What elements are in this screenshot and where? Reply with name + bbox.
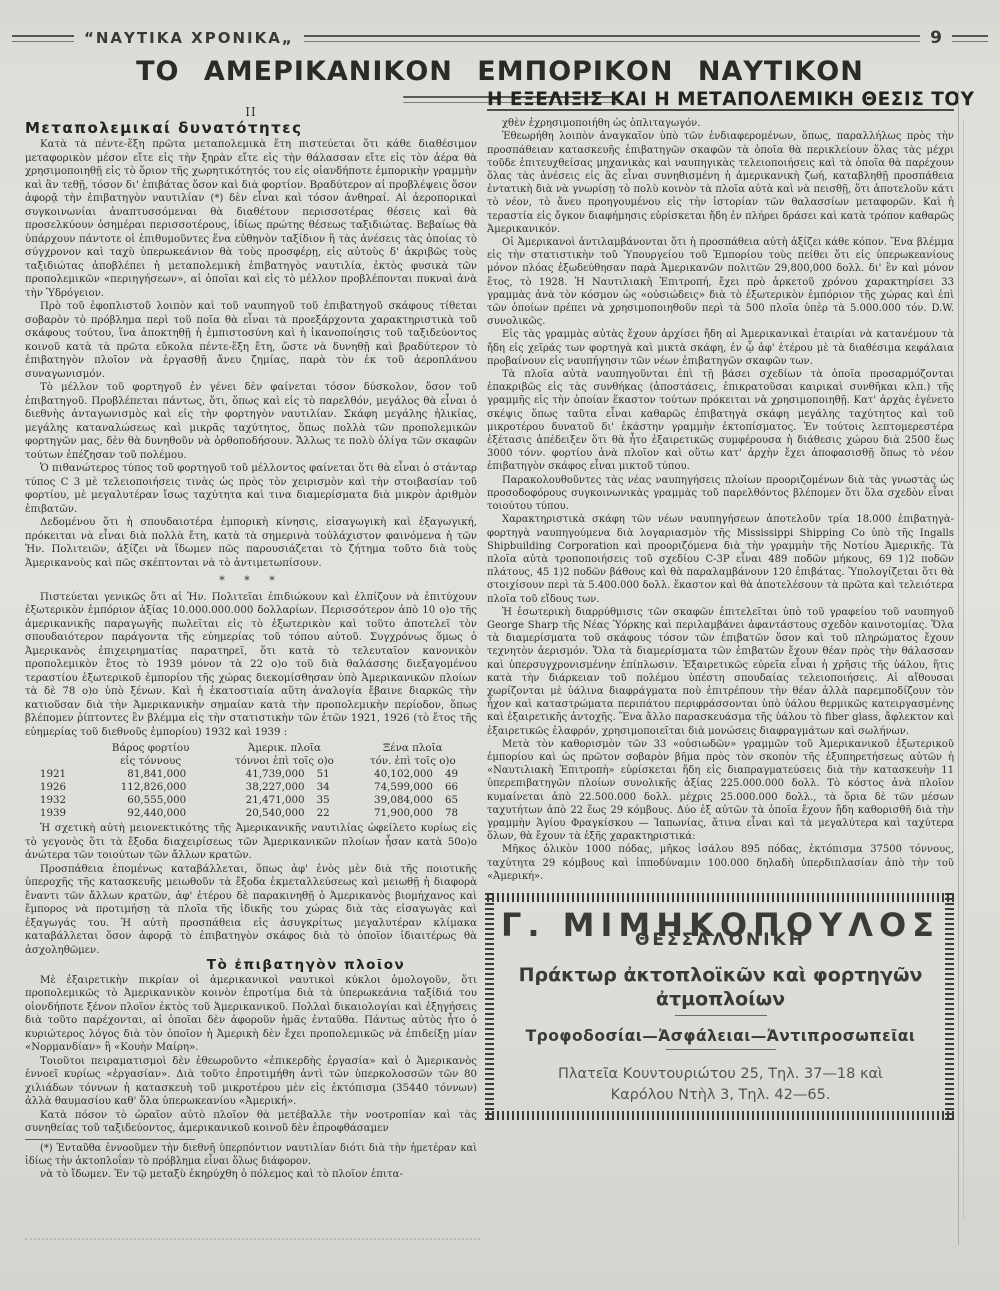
page-number: 9: [930, 28, 942, 48]
table-cell: 1921: [25, 768, 81, 781]
table-cell: 112,826,000: [81, 781, 220, 794]
table-cell: 60,555,000: [81, 794, 220, 807]
advertiser-address: Πλατεῖα Κουντουριώτου 25, Τηλ. 37—18 καὶ…: [497, 1064, 944, 1106]
table-row: 193992,440,00020,540,0002271,900,00078: [25, 807, 477, 820]
advertiser-service-line: Πράκτωρ ἀκτοπλοϊκῶν καὶ φορτηγῶν ἀτμοπλο…: [497, 963, 944, 1011]
advertisement-box: Γ. ΜΙΜΗΚΟΠΟΥΛΟΣ ΘΕΣΣΑΛΟΝΙΚΗ Πράκτωρ ἀκτο…: [487, 893, 954, 1120]
left-column: II Μεταπολεμικαί δυνατότητες Κατὰ τὰ πέν…: [25, 106, 477, 1181]
ad-divider-rule-1: [675, 1015, 767, 1016]
bottom-dotted-rule: [25, 1238, 480, 1240]
table-cell: 1939: [25, 807, 81, 820]
table-cell: 71,900,000: [349, 807, 435, 820]
table-cell: 35: [307, 794, 349, 807]
paragraph: Παρακολουθοῦντες τὰς νέας ναυπηγήσεις πλ…: [487, 474, 954, 514]
paragraph: Ἡ ἐσωτερικὴ διαρρύθμισις τῶν σκαφῶν ἐπιτ…: [487, 606, 954, 738]
table-cell: 92,440,000: [81, 807, 220, 820]
table-row: 1926112,826,00038,227,0003474,599,00066: [25, 781, 477, 794]
table-row: 192181,841,00041,739,0005140,102,00049: [25, 768, 477, 781]
section-heading: Μεταπολεμικαί δυνατότητες: [25, 122, 477, 136]
paragraph: Μετὰ τὸν καθορισμὸν τῶν 33 «οὐσιωδῶν» γρ…: [487, 738, 954, 844]
col-sub-foreign: τόν. ἐπὶ τοῖς ο)ο: [349, 755, 477, 768]
footnote-rule: [25, 1139, 195, 1140]
table-cell: 66: [435, 781, 477, 794]
section-separator: * * *: [25, 574, 477, 588]
ad-hatch-border-bottom: [487, 1111, 954, 1120]
table-cell: 1926: [25, 781, 81, 794]
continuation-line: νὰ τὸ ἴδωμεν. Ἐν τῷ μεταξὺ ἐκηρύχθη ὁ πό…: [25, 1168, 477, 1182]
magazine-page: “ΝΑΥΤΙΚΑ ΧΡΟΝΙΚΑ„ 9 ΤΟ ΑΜΕΡΙΚΑΝΙΚΟΝ ΕΜΠΟ…: [0, 0, 1000, 1291]
table-cell: 78: [435, 807, 477, 820]
right-column-heading: Η ΕΞΕΛΙΞΙΣ ΚΑΙ Η ΜΕΤΑΠΟΛΕΜΙΚΗ ΘΕΣΙΣ ΤΟΥ: [487, 93, 954, 111]
col-sub-american: τόννοι ἐπὶ τοῖς ο)ο: [220, 755, 348, 768]
tonnage-table-body: 192181,841,00041,739,0005140,102,0004919…: [25, 768, 477, 820]
advertiser-tagline: Τροφοδοσίαι—Ἀσφάλειαι—Ἀντιπροσωπεῖαι: [497, 1030, 944, 1043]
tonnage-table-header: Βάρος φορτίου Ἀμερικ. πλοῖα Ξένα πλοῖα ε…: [25, 742, 477, 768]
paragraph: χθὲν ἐχρησιμοποιήθη ὡς ὁπλιταγωγόν.: [487, 117, 954, 130]
paragraph: Προσπάθεια ἑπομένως καταβάλλεται, ὅπως ἀ…: [25, 863, 477, 958]
paragraph: Μῆκος ὁλικὸν 1000 πόδας, μῆκος ἰσάλου 89…: [487, 843, 954, 883]
advertiser-address-line-2: Καρόλου Ντὴλ 3, Τηλ. 42—65.: [497, 1085, 944, 1106]
paragraph: Εἰς τὰς γραμμὰς αὐτὰς ἔχουν ἀρχίσει ἤδη …: [487, 328, 954, 368]
table-cell: 74,599,000: [349, 781, 435, 794]
table-cell: 1932: [25, 794, 81, 807]
ad-divider-rule-2: [666, 1049, 776, 1050]
advertiser-address-line-1: Πλατεῖα Κουντουριώτου 25, Τηλ. 37—18 καὶ: [497, 1064, 944, 1085]
left-paragraphs-1: Κατὰ τὰ πέντε-ἕξη πρῶτα μεταπολεμικὰ ἔτη…: [25, 138, 477, 570]
ad-hatch-border-left: [485, 893, 494, 1120]
paragraph: Δεδομένου ὅτι ἡ σπουδαιοτέρα ἐμπορικὴ κί…: [25, 516, 477, 570]
col-sub-cargo: εἰς τόννους: [81, 755, 220, 768]
col-group-cargo: Βάρος φορτίου: [81, 742, 220, 755]
header-rule-middle: [304, 35, 920, 42]
table-cell: 49: [435, 768, 477, 781]
paragraph: Οἱ Ἀμερικανοὶ ἀντιλαμβάνονται ὅτι ἡ προσ…: [487, 236, 954, 328]
col-group-foreign: Ξένα πλοῖα: [349, 742, 477, 755]
paragraph: Κατὰ τὰ πέντε-ἕξη πρῶτα μεταπολεμικὰ ἔτη…: [25, 138, 477, 300]
table-cell: 41,739,000: [220, 768, 306, 781]
tonnage-table: Βάρος φορτίου Ἀμερικ. πλοῖα Ξένα πλοῖα ε…: [25, 742, 477, 820]
ad-hatch-border-right: [945, 893, 954, 1120]
passenger-ship-subheading: Τὸ ἐπιβατηγὸν πλοῖον: [80, 959, 532, 973]
table-cell: 34: [307, 781, 349, 794]
masthead-title: “ΝΑΥΤΙΚΑ ΧΡΟΝΙΚΑ„: [84, 29, 294, 47]
table-cell: 51: [307, 768, 349, 781]
left-paragraphs-3: Ἡ σχετικὴ αὐτὴ μειονεκτικότης τῆς Ἀμερικ…: [25, 822, 477, 957]
col-group-american: Ἀμερικ. πλοῖα: [220, 742, 348, 755]
header-rule-right: [952, 35, 988, 42]
paragraph: Ἡ σχετικὴ αὐτὴ μειονεκτικότης τῆς Ἀμερικ…: [25, 822, 477, 863]
paragraph: Ὁ πιθανώτερος τύπος τοῦ φορτηγοῦ τοῦ μέλ…: [25, 462, 477, 516]
paragraph: Μὲ ἐξαιρετικὴν πικρίαν οἱ ἀμερικανικοὶ ν…: [25, 974, 477, 1055]
table-row: 193260,555,00021,471,0003539,084,00065: [25, 794, 477, 807]
table-cell: 65: [435, 794, 477, 807]
right-column: Η ΕΞΕΛΙΞΙΣ ΚΑΙ Η ΜΕΤΑΠΟΛΕΜΙΚΗ ΘΕΣΙΣ ΤΟΥ …: [487, 93, 954, 1120]
paragraph: Τὰ πλοῖα αὐτὰ ναυπηγοῦνται ἐπὶ τῇ βάσει …: [487, 368, 954, 474]
table-cell: 38,227,000: [220, 781, 306, 794]
paragraph: Τὸ μέλλον τοῦ φορτηγοῦ ἐν γένει δὲν φαίν…: [25, 381, 477, 462]
right-paragraphs: χθὲν ἐχρησιμοποιήθη ὡς ὁπλιταγωγόν.Ἐθεωρ…: [487, 117, 954, 883]
article-title: ΤΟ ΑΜΕΡΙΚΑΝΙΚΟΝ ΕΜΠΟΡΙΚΟΝ ΝΑΥΤΙΚΟΝ: [0, 56, 1000, 87]
page-header: “ΝΑΥΤΙΚΑ ΧΡΟΝΙΚΑ„ 9: [12, 28, 988, 48]
paragraph: Κατὰ πόσον τὸ ὡραῖον αὐτὸ πλοῖον θὰ μετέ…: [25, 1109, 477, 1136]
paragraph: Πρὸ τοῦ ἐφοπλιστοῦ λοιπὸν καὶ τοῦ ναυπηγ…: [25, 300, 477, 381]
table-cell: 22: [307, 807, 349, 820]
paragraph: Χαρακτηριστικὰ σκάφη τῶν νέων ναυπηγήσεω…: [487, 513, 954, 605]
paragraph: Ἐθεωρήθη λοιπὸν ἀναγκαῖον ὑπὸ τῶν ἐνδιαφ…: [487, 130, 954, 236]
table-cell: 20,540,000: [220, 807, 306, 820]
table-cell: 81,841,000: [81, 768, 220, 781]
page-edge-line: [958, 90, 959, 1245]
paragraph: Πιστεύεται γενικῶς ὅτι αἱ Ἡν. Πολιτεῖαι …: [25, 591, 477, 740]
footnote-text: (*) Ἐνταῦθα ἐννοοῦμεν τὴν διεθνῆ ὑπερπόν…: [25, 1142, 477, 1168]
ad-hatch-border-top: [487, 893, 954, 902]
header-rule-left: [12, 35, 74, 42]
table-cell: 21,471,000: [220, 794, 306, 807]
paragraph: Τοιοῦτοι πειραματισμοὶ δὲν ἐθεωροῦντο «ἐ…: [25, 1055, 477, 1109]
table-cell: 40,102,000: [349, 768, 435, 781]
left-paragraphs-2: Πιστεύεται γενικῶς ὅτι αἱ Ἡν. Πολιτεῖαι …: [25, 591, 477, 740]
table-cell: 39,084,000: [349, 794, 435, 807]
section-numeral: II: [25, 106, 477, 120]
left-paragraphs-4: Μὲ ἐξαιρετικὴν πικρίαν οἱ ἀμερικανικοὶ ν…: [25, 974, 477, 1136]
page-edge-line-2: [963, 120, 964, 1220]
